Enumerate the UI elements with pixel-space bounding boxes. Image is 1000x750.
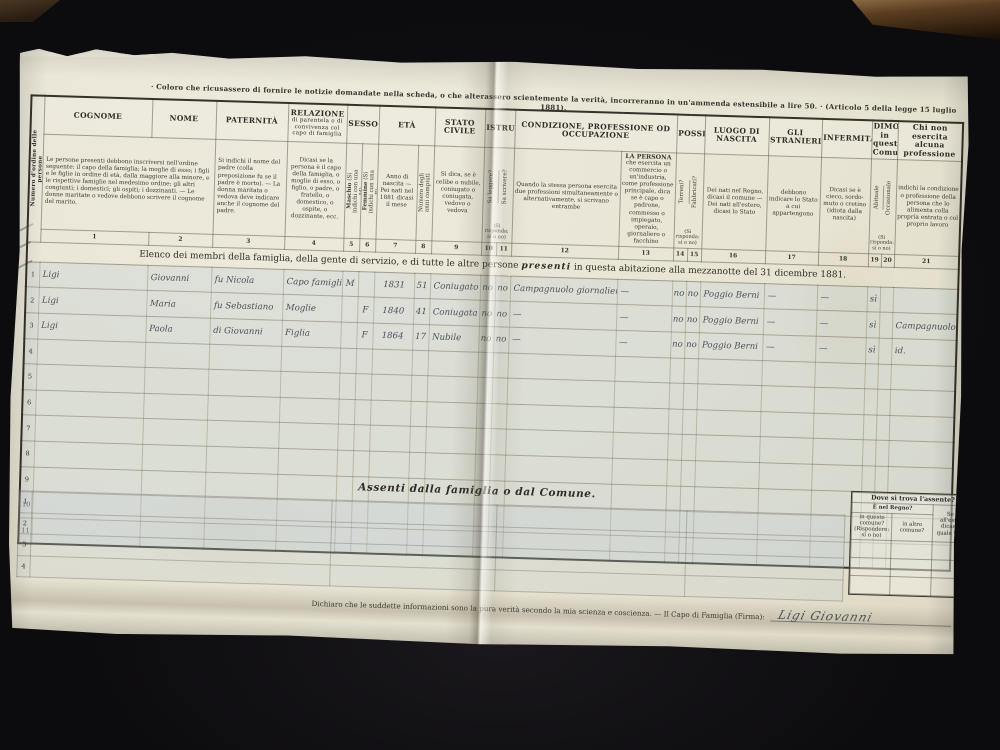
instr-persona: LA PERSONAche esercita un commercio o un… [618,151,676,248]
cell-cognome: Ligi [37,313,146,342]
cell-persona [614,381,670,408]
cell-anno: 1831 [374,272,415,299]
cell-occasionale [874,466,888,492]
cell-fabbricati [683,358,698,384]
cell-scrivere [492,352,508,378]
cell-nome [143,393,208,420]
cell-cognome [34,415,143,444]
cell-professione [506,404,614,433]
cell-anni [408,452,425,478]
cell-stato [427,350,478,377]
absent-box-estero: Se è all'estero dicasi in quale Stato [932,505,973,543]
cell-nascita: Poggio Berni [699,307,764,334]
cell-professione [507,378,615,407]
instr-istruzione: Sa leggere?Sa scrivere? (Si risponda: sì… [481,147,514,243]
declaration-text: Dichiaro che le suddette informazioni so… [311,599,764,621]
cell-n: 2 [18,512,32,534]
cell-paternita: fu Nicola [211,267,284,295]
cell-scrivere [490,429,506,455]
cell-n: 1 [19,491,33,513]
cell-sostegno: Campagnuolo [892,313,958,341]
cell-paternita [206,421,279,449]
cell-sesso_f [353,425,370,451]
cell-n: 5 [23,364,37,390]
cell-leggere [477,352,493,378]
cell-stranieri [761,360,815,387]
cell-professione [504,455,612,484]
cell-infermita: — [816,311,867,338]
cell-sesso_m [336,450,353,476]
cell-n: 4 [17,555,31,577]
cell-sostegno [889,415,955,443]
scene: · Coloro che ricusassero di fornire le n… [0,0,1000,750]
cell-sesso_f [354,399,371,425]
cell-sesso_m [341,297,358,323]
absent-location-box: Dove si trova l'assente? È nel Regno? Se… [848,491,975,599]
cell-cognome [35,390,144,419]
col-infermita: INFERMITÀ [821,119,872,158]
cell-leggere: no [480,275,496,301]
cell-persona: — [615,330,671,357]
cell-sostegno [892,287,958,315]
cell-scrivere [492,378,508,404]
cell-nascita: Poggio Berni [700,282,765,309]
cell-anno [370,400,411,427]
cell-n: 2 [25,287,39,313]
cell-occasionale [876,415,890,441]
cell-relazione [278,423,338,450]
cell-relazione [280,346,340,373]
col-sostegno: Chi non esercita alcuna professione [897,121,963,161]
cell-anni [410,401,427,427]
cell-fabbricati [680,460,695,486]
cell-anno [371,349,412,376]
instr-relazione: Dicasi se la persona è il capo della fam… [284,141,346,238]
cell-cognome [34,441,143,470]
cell-abituale [863,414,877,440]
cell-nome [141,444,206,471]
cell-terreni [666,460,681,486]
cell-sostegno [888,441,954,469]
cell-occasionale [879,287,893,313]
instr-stranieri: debbono indicare lo Stato a cui apparten… [765,155,821,252]
cell-leggere: no [479,301,495,327]
cell-n: 3 [17,534,31,556]
cell-n: 3 [24,313,38,339]
cell-relazione: Moglie [282,295,342,322]
instr-infermita: Dicasi se è cieco, sordo-muto o cretino … [818,157,871,254]
col-condizione: CONDIZIONE, PROFESSIONE OD OCCUPAZIONE [514,110,677,153]
cell-anni [411,375,428,401]
signature-line: Ligi Giovanni [771,607,952,627]
table-surface-corner [852,0,1000,40]
cell-infermita [811,464,862,491]
cell-sostegno [889,390,955,418]
col-paternita: PATERNITÀ [215,101,288,141]
head-of-family-signature: Ligi Giovanni [777,608,875,625]
cell-occasionale [876,389,890,415]
cell-scrivere [491,403,507,429]
cell-relazione: Capo famiglia [283,269,343,296]
cell-anno [368,451,409,478]
cell-sesso_f [358,271,375,297]
cell-abituale [862,440,876,466]
cell-stranieri [760,411,814,438]
cell-sesso_m [338,399,355,425]
cell-stato: Coniugata [429,299,480,326]
cell-fabbricati [682,409,697,435]
cell-infermita [813,413,864,440]
cell-nome [145,342,210,369]
cell-nome [144,368,209,395]
col-relazione: RELAZIONEdi parentela o di convivenza co… [287,103,347,143]
cell-empty [495,569,686,596]
cell-nome: Giovanni [147,265,212,292]
cell-anno: 1864 [372,323,413,350]
cell-fabbricati [681,435,696,461]
cell-paternita: di Giovanni [209,318,282,346]
cell-paternita: fu Sebastiano [210,293,283,321]
cell-professione [505,429,613,458]
cell-leggere: no [478,326,494,352]
col-stato-civile: STATO CIVILE [434,107,485,146]
instr-nascita: Dei nati nel Regno, dicasi il comune — D… [701,153,768,250]
cell-cognome: Ligi [38,288,147,317]
cell-sesso_f [352,451,369,477]
cell-nascita [697,358,762,385]
cell-infermita [813,387,864,414]
col-istruzione: ISTRUZIONE [484,109,515,148]
cell-fabbricati: no [686,281,701,307]
cell-stranieri: — [764,283,818,310]
col-luogo-nascita: LUOGO DI NASCITA [704,115,769,155]
cell-nome [142,419,207,446]
cell-persona [612,433,668,460]
cell-abituale: sì [865,338,879,364]
instr-stato: Si dica, se è celibe o nubile, coniugato… [431,145,484,242]
cell-sesso_f [355,348,372,374]
torn-paper-edge [22,42,154,57]
instr-possiede: Terreni?Fabbricati? (Si risponda: sì o n… [673,153,704,249]
cell-scrivere: no [494,301,510,327]
cell-relazione [277,448,337,475]
cell-terreni: no [671,306,686,332]
cell-sesso_f [355,374,372,400]
cell-anni: 51 [414,273,431,299]
cell-terreni [666,485,681,511]
cell-stranieri [759,437,813,464]
absent-box-questo: in questo comune?(Rispondere: sì o no) [851,512,892,541]
cell-anno [369,425,410,452]
cell-empty [684,575,843,601]
cell-nascita [697,384,762,411]
cell-fabbricati [683,384,698,410]
cell-leggere [477,377,493,403]
cell-nascita [696,410,761,437]
cell-professione: Campagnuolo giornaliero [510,276,618,305]
cell-nascita [695,435,760,462]
cell-nome: Paola [145,316,210,343]
absent-box-row [850,576,971,598]
cell-stranieri: — [762,335,816,362]
cell-terreni [668,409,683,435]
cell-stato [424,453,475,480]
cell-n: 7 [21,415,35,441]
cell-nome: Maria [146,291,211,318]
cell-nascita [694,461,759,488]
instr-sostegno: indichi la condizione o professione dell… [894,159,962,256]
cell-anno: 1840 [373,298,414,325]
cell-stranieri [757,488,811,515]
cell-n: 4 [24,338,38,364]
col-nome: NOME [151,99,216,139]
cell-sesso_m [340,322,357,348]
absent-box-altro: in altro comune? [892,513,933,542]
cell-terreni [667,434,682,460]
col-eta: ETÀ [378,106,435,146]
cell-n: 8 [21,441,35,467]
cell-stato [427,376,478,403]
cell-relazione: Figlia [281,320,341,347]
cell-sesso_m [339,348,356,374]
cell-sesso_m [339,373,356,399]
cell-professione: — [509,302,617,331]
cell-leggere [474,454,490,480]
cell-persona: — [616,305,672,332]
cell-abituale [861,466,875,492]
cell-anno [371,374,412,401]
cell-cognome [36,364,145,393]
instr-paternita: Si indichi il nome del padre (colla prep… [213,139,288,236]
col-stranieri: GLI STRANIERI [768,117,822,157]
cell-abituale [864,363,878,389]
cell-nascita: Poggio Berni [698,333,763,360]
cell-terreni [669,383,684,409]
cell-sostegno: id. [891,338,957,366]
cell-anni: 17 [412,324,429,350]
cell-scrivere [489,455,505,481]
cell-leggere [475,429,491,455]
cell-sesso_m [337,424,354,450]
cell-fabbricati: no [684,332,699,358]
cell-terreni: no [670,332,685,358]
col-dimora: DIMORA in questo Comune [871,120,898,159]
census-sheet: · Coloro che ricusassero di fornire le n… [3,46,972,660]
cell-stato [426,402,477,429]
cell-scrivere: no [495,276,511,302]
declaration: Dichiaro che le suddette informazioni so… [311,593,951,627]
cell-relazione [279,397,339,424]
cell-anni [411,350,428,376]
cell-sesso_m: M [342,271,359,297]
cell-paternita [205,446,278,474]
cell-infermita: — [815,336,866,363]
cell-infermita [812,439,863,466]
instr-cognome-nome: Le persone presenti debbono inscriversi … [41,134,216,234]
cell-scrivere: no [493,327,509,353]
cell-anni [409,427,426,453]
cell-persona [611,458,667,485]
cell-stato [425,427,476,454]
cell-sostegno [890,364,956,392]
cell-stranieri [761,386,815,413]
cell-sesso_f: F [356,323,373,349]
table-surface-corner-left [0,0,60,22]
cell-n: 1 [26,262,40,288]
cell-anni: 41 [413,299,430,325]
cell-fabbricati: no [685,307,700,333]
cell-persona: — [617,279,673,306]
cell-stranieri [758,463,812,490]
cell-n: 9 [20,466,34,492]
instr-dimora: AbitualeOccasionale (Si risponda: sì o n… [868,158,897,254]
cell-cognome: Ligi [39,262,148,291]
cell-abituale: sì [866,312,880,338]
cell-occasionale [878,338,892,364]
instr-condizione: Quando la stessa persona esercita due pr… [511,148,621,246]
cell-abituale [863,389,877,415]
cell-stato: Coniugato [430,274,481,301]
cell-stato: Nubile [428,325,479,352]
cell-abituale: sì [866,287,880,313]
cell-cognome [37,339,146,368]
col-sesso: SESSO [346,105,379,144]
cell-stranieri: — [763,309,817,336]
cell-fabbricati [679,486,694,512]
cell-terreni: no [672,281,687,307]
cell-empty [330,564,496,590]
cell-paternita [208,369,281,397]
cell-professione [507,353,615,382]
cell-occasionale [875,440,889,466]
instr-eta-anno: Anno di nascita — Pei nati nel 1881 dica… [375,144,418,240]
cell-occasionale [877,364,891,390]
cell-occasionale [879,313,893,339]
cell-sostegno [887,466,953,494]
cell-n: 6 [22,390,36,416]
cell-terreni [669,358,684,384]
cell-infermita [814,362,865,389]
col-possiede: POSSIEDE [676,115,705,154]
cell-leggere [476,403,492,429]
cell-paternita [208,344,281,372]
cell-infermita: — [817,285,868,312]
cell-relazione [280,372,340,399]
cell-paternita [207,395,280,423]
cell-sesso_f: F [357,297,374,323]
cell-persona [613,407,669,434]
cell-professione: — [508,327,616,356]
col-cognome: COGNOME [43,96,152,137]
cell-persona [614,356,670,383]
